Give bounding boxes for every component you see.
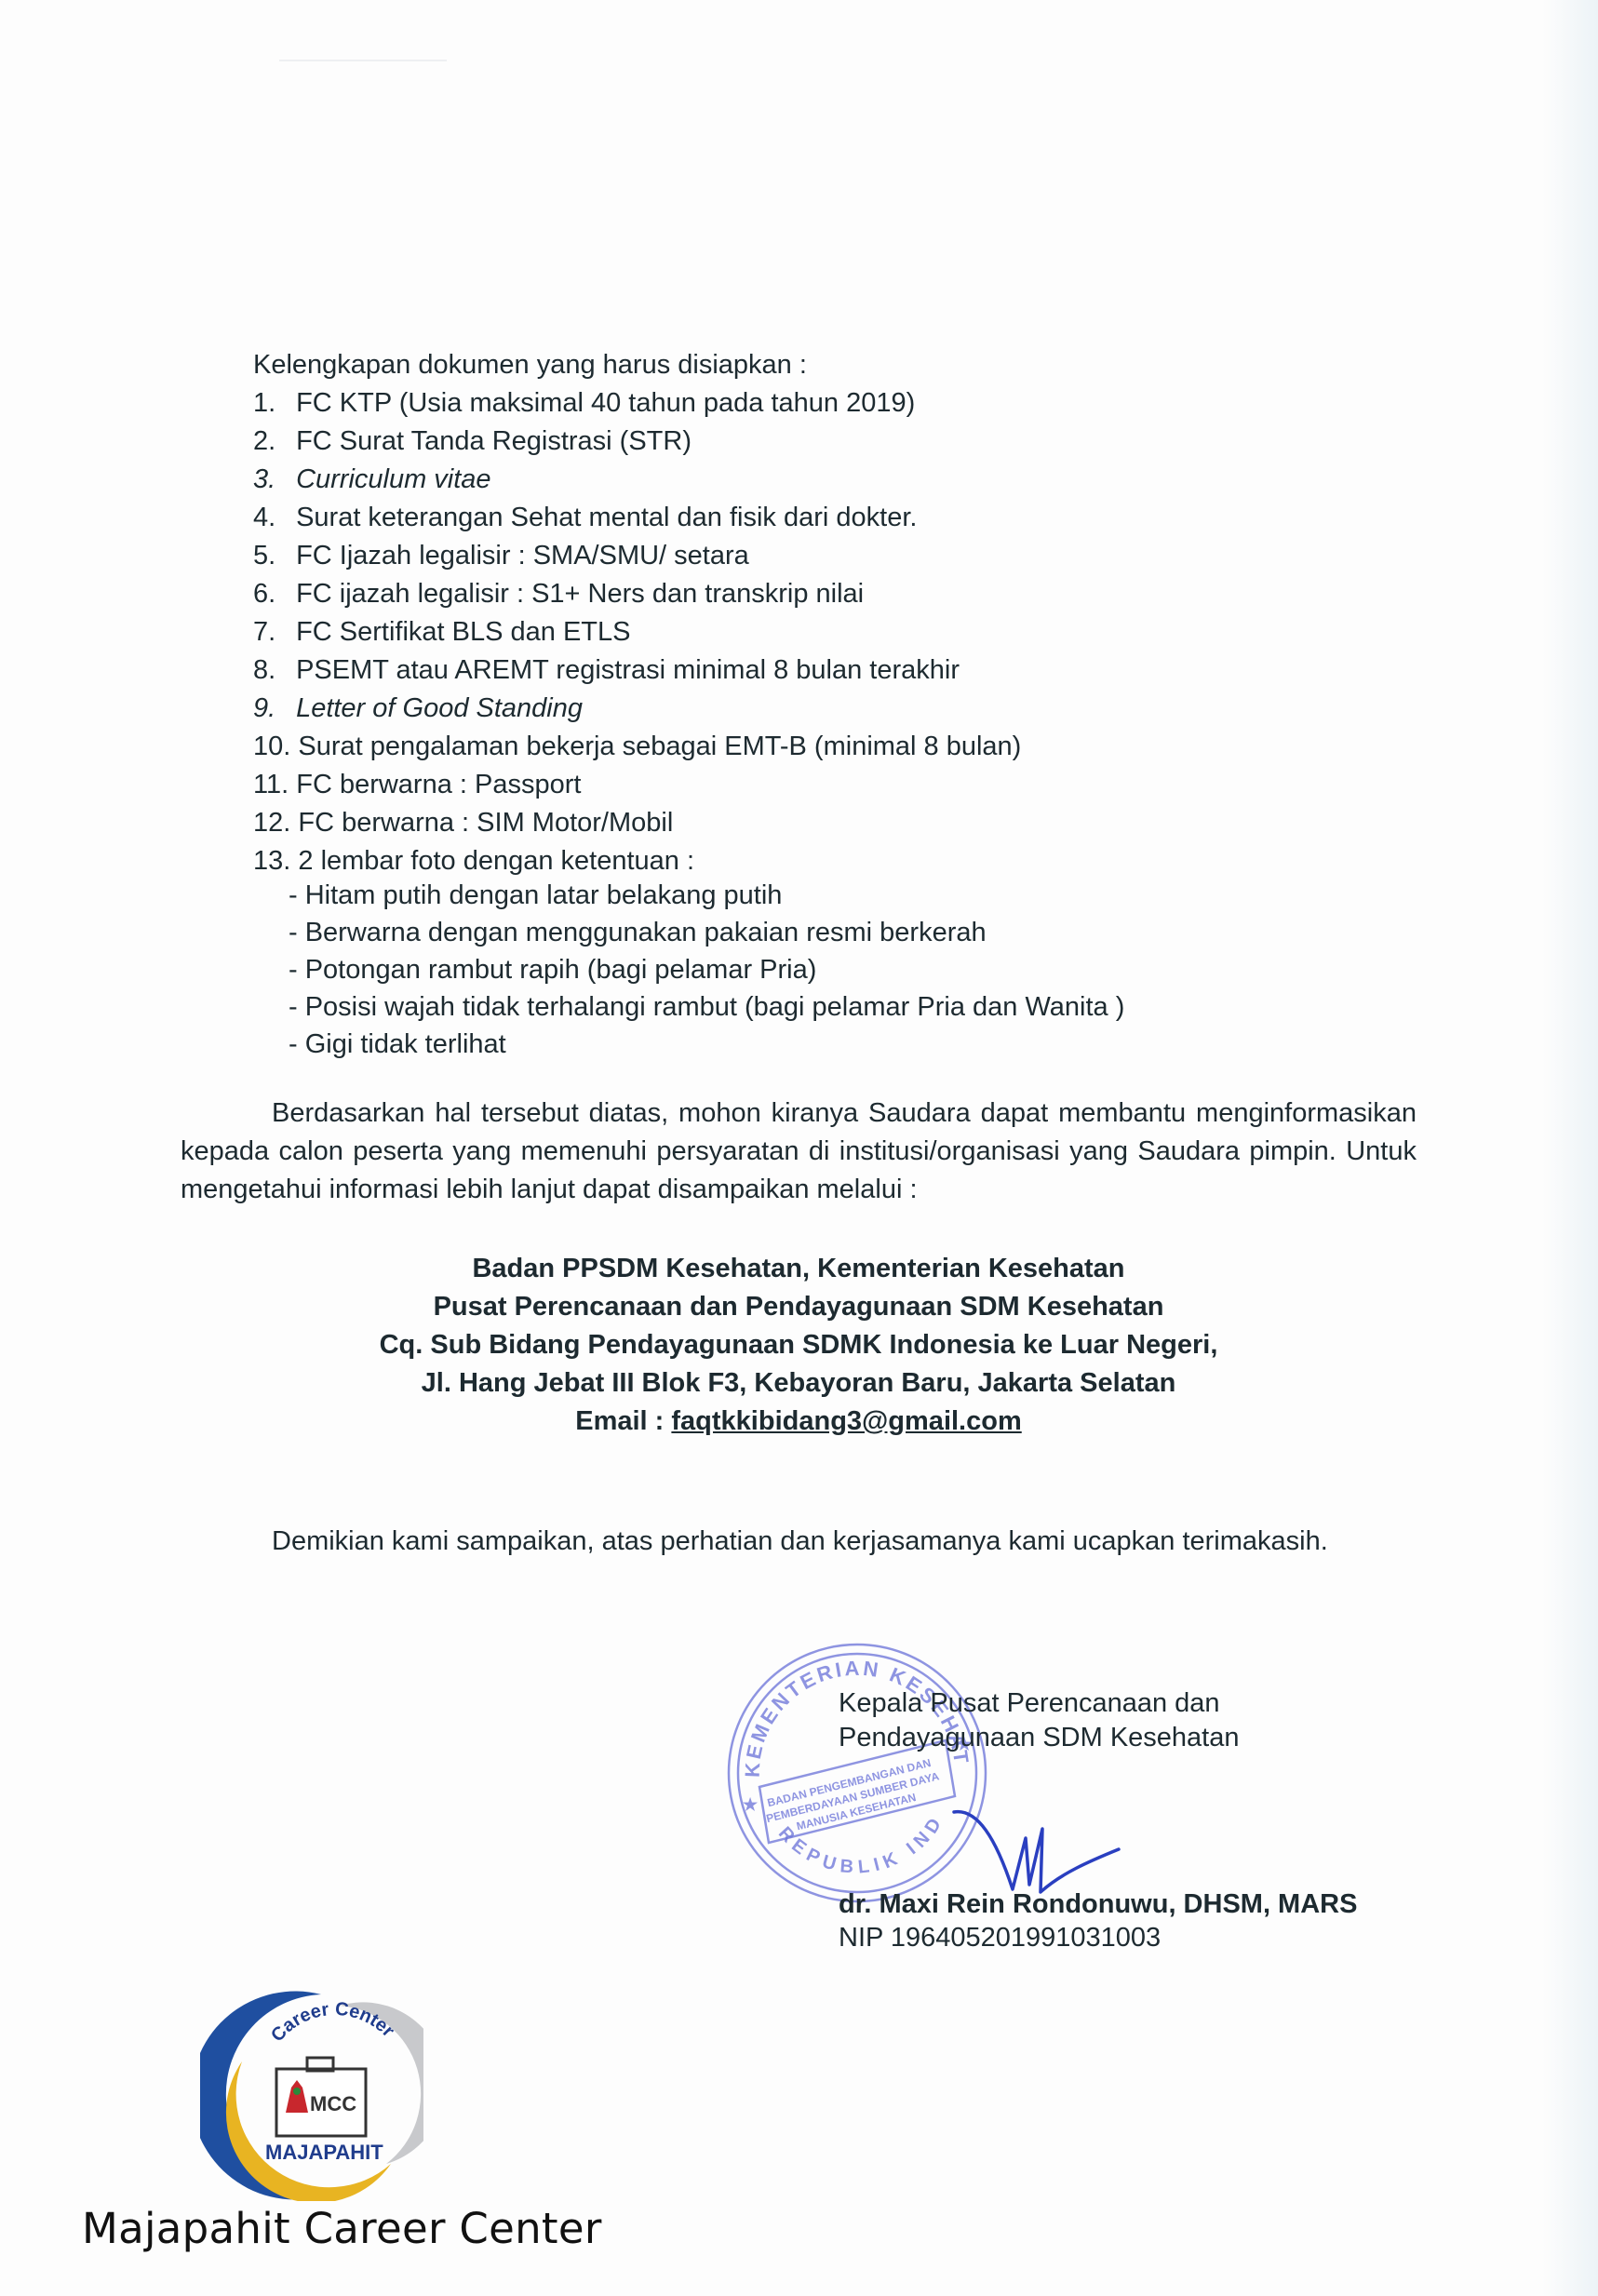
requirements-list: 1. FC KTP (Usia maksimal 40 tahun pada t…: [253, 384, 1021, 880]
requirement-number: 11.: [253, 766, 289, 804]
requirement-text: FC KTP (Usia maksimal 40 tahun pada tahu…: [296, 388, 915, 418]
requirement-text: Letter of Good Standing: [296, 693, 583, 723]
photo-rules-list: - Hitam putih dengan latar belakang puti…: [289, 877, 1124, 1063]
requirement-item: 7. FC Sertifikat BLS dan ETLS: [253, 613, 1021, 651]
requirement-number: 9.: [253, 690, 289, 728]
requirement-number: 5.: [253, 537, 289, 575]
requirement-item: 6. FC ijazah legalisir : S1+ Ners dan tr…: [253, 575, 1021, 613]
requirement-item: 3. Curriculum vitae: [253, 461, 1021, 499]
photo-rule-item: - Gigi tidak terlihat: [289, 1026, 1124, 1063]
contact-line-agency: Badan PPSDM Kesehatan, Kementerian Keseh…: [181, 1250, 1417, 1288]
mcc-logo-icon: Career Center MCC MAJAPAHIT: [200, 1987, 423, 2201]
footer-brand-name: Majapahit Career Center: [82, 2204, 602, 2253]
requirement-item: 13. 2 lembar foto dengan ketentuan :: [253, 842, 1021, 880]
email-link[interactable]: faqtkkibidang3@gmail.com: [671, 1406, 1021, 1436]
requirement-text: FC Ijazah legalisir : SMA/SMU/ setara: [296, 541, 749, 571]
signatory-title-line1: Kepala Pusat Perencanaan dan: [839, 1686, 1239, 1721]
requirement-number: 12.: [253, 804, 290, 842]
requirement-number: 6.: [253, 575, 289, 613]
requirement-item: 12. FC berwarna : SIM Motor/Mobil: [253, 804, 1021, 842]
requirement-item: 5. FC Ijazah legalisir : SMA/SMU/ setara: [253, 537, 1021, 575]
requirement-number: 8.: [253, 651, 289, 690]
requirement-text: FC berwarna : SIM Motor/Mobil: [298, 808, 673, 838]
requirement-number: 10.: [253, 728, 290, 766]
signatory-name: dr. Maxi Rein Rondonuwu, DHSM, MARS: [839, 1889, 1357, 1920]
requirement-text: Surat pengalaman bekerja sebagai EMT-B (…: [298, 732, 1021, 761]
requirement-text: PSEMT atau AREMT registrasi minimal 8 bu…: [296, 655, 960, 685]
requirement-number: 7.: [253, 613, 289, 651]
requirement-text: Surat keterangan Sehat mental dan fisik …: [296, 503, 917, 532]
contact-line-center: Pusat Perencanaan dan Pendayagunaan SDM …: [181, 1288, 1417, 1326]
closing-sentence: Demikian kami sampaikan, atas perhatian …: [272, 1523, 1328, 1561]
requirement-item: 9. Letter of Good Standing: [253, 690, 1021, 728]
requirement-number: 13.: [253, 842, 290, 880]
requirement-text: FC berwarna : Passport: [296, 770, 581, 799]
requirement-item: 11. FC berwarna : Passport: [253, 766, 1021, 804]
requirements-intro: Kelengkapan dokumen yang harus disiapkan…: [253, 346, 807, 384]
svg-text:MCC: MCC: [310, 2092, 356, 2115]
photo-rule-item: - Berwarna dengan menggunakan pakaian re…: [289, 914, 1124, 951]
photo-rule-item: - Hitam putih dengan latar belakang puti…: [289, 877, 1124, 914]
contact-line-subdivision: Cq. Sub Bidang Pendayagunaan SDMK Indone…: [181, 1326, 1417, 1364]
requirement-number: 4.: [253, 499, 289, 537]
contact-line-email: Email : faqtkkibidang3@gmail.com: [181, 1403, 1417, 1441]
email-label: Email :: [575, 1406, 671, 1436]
requirement-text: Curriculum vitae: [296, 464, 491, 494]
signatory-title: Kepala Pusat Perencanaan dan Pendayaguna…: [839, 1686, 1239, 1755]
photo-rule-item: - Potongan rambut rapih (bagi pelamar Pr…: [289, 951, 1124, 988]
requirement-number: 1.: [253, 384, 289, 423]
requirement-number: 3.: [253, 461, 289, 499]
requirement-item: 2. FC Surat Tanda Registrasi (STR): [253, 423, 1021, 461]
requirement-text: 2 lembar foto dengan ketentuan :: [298, 846, 694, 876]
requirement-text: FC Surat Tanda Registrasi (STR): [296, 426, 692, 456]
photo-rule-item: - Posisi wajah tidak terhalangi rambut (…: [289, 988, 1124, 1026]
scan-artifact: [279, 60, 447, 61]
signature-icon: [949, 1801, 1126, 1903]
requirement-item: 10. Surat pengalaman bekerja sebagai EMT…: [253, 728, 1021, 766]
signatory-nip: NIP 196405201991031003: [839, 1923, 1161, 1954]
signatory-title-line2: Pendayagunaan SDM Kesehatan: [839, 1721, 1239, 1755]
requirement-text: FC ijazah legalisir : S1+ Ners dan trans…: [296, 579, 864, 609]
requirement-item: 1. FC KTP (Usia maksimal 40 tahun pada t…: [253, 384, 1021, 423]
request-paragraph-text: Berdasarkan hal tersebut diatas, mohon k…: [181, 1098, 1417, 1204]
requirement-item: 4. Surat keterangan Sehat mental dan fis…: [253, 499, 1021, 537]
requirement-item: 8. PSEMT atau AREMT registrasi minimal 8…: [253, 651, 1021, 690]
requirement-number: 2.: [253, 423, 289, 461]
contact-block: Badan PPSDM Kesehatan, Kementerian Keseh…: [181, 1250, 1417, 1441]
request-paragraph: Berdasarkan hal tersebut diatas, mohon k…: [181, 1094, 1417, 1209]
svg-text:MAJAPAHIT: MAJAPAHIT: [265, 2141, 383, 2164]
scan-edge-shading: [1542, 0, 1598, 2296]
svg-text:★: ★: [743, 1795, 759, 1814]
contact-line-address: Jl. Hang Jebat III Blok F3, Kebayoran Ba…: [181, 1364, 1417, 1403]
requirement-text: FC Sertifikat BLS dan ETLS: [296, 617, 630, 647]
